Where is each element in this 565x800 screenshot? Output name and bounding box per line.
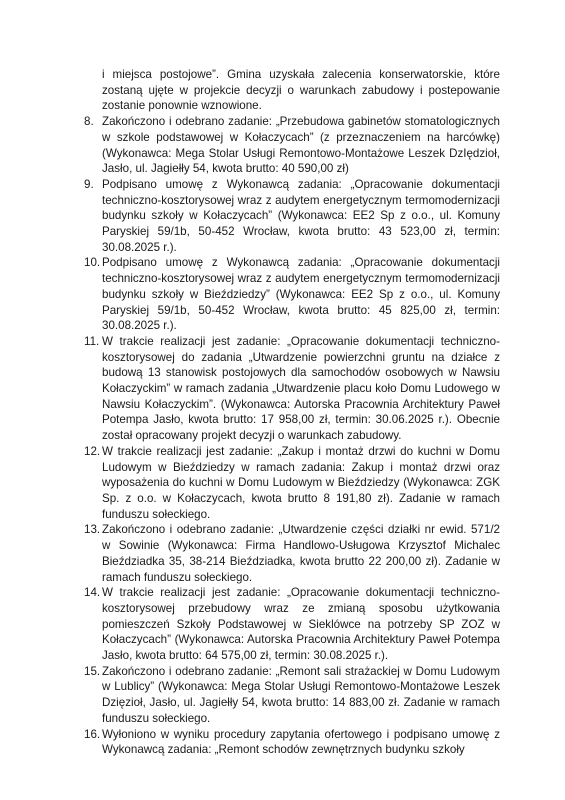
continuation-paragraph: i miejsca postojowe”. Gmina uzyskała zal… [84,67,500,114]
item-number: 16. [84,727,102,743]
list-item-14: 14. W trakcie realizacji jest zadanie: „… [84,585,500,664]
list-item-9: 9. Podpisano umowę z Wykonawcą zadania: … [84,177,500,256]
item-text: W trakcie realizacji jest zadanie: „Zaku… [102,444,500,523]
item-number: 14. [84,585,102,601]
list-item-11: 11. W trakcie realizacji jest zadanie: „… [84,334,500,444]
item-text: W trakcie realizacji jest zadanie: „Opra… [102,585,500,664]
document-page: i miejsca postojowe”. Gmina uzyskała zal… [84,67,500,758]
item-text: Zakończono i odebrano zadanie: „Utwardze… [102,522,500,585]
item-number: 11. [84,334,102,350]
item-text: W trakcie realizacji jest zadanie: „Opra… [102,334,500,444]
list-item-16: 16. Wyłoniono w wyniku procedury zapytan… [84,727,500,758]
list-item-13: 13. Zakończono i odebrano zadanie: „Utwa… [84,522,500,585]
list-item-15: 15. Zakończono i odebrano zadanie: „Remo… [84,664,500,727]
item-number: 10. [84,255,102,271]
item-text: Podpisano umowę z Wykonawcą zadania: „Op… [102,177,500,256]
item-number: 13. [84,522,102,538]
item-number: 8. [84,114,102,130]
item-number: 9. [84,177,102,193]
list-item-8: 8. Zakończono i odebrano zadanie: „Przeb… [84,114,500,177]
list-item-12: 12. W trakcie realizacji jest zadanie: „… [84,444,500,523]
item-number: 12. [84,444,102,460]
item-text: Zakończono i odebrano zadanie: „Przebudo… [102,114,500,177]
item-number: 15. [84,664,102,680]
item-text: Podpisano umowę z Wykonawcą zadania: „Op… [102,255,500,334]
item-text: Zakończono i odebrano zadanie: „Remont s… [102,664,500,727]
item-text: Wyłoniono w wyniku procedury zapytania o… [102,727,500,758]
list-item-10: 10. Podpisano umowę z Wykonawcą zadania:… [84,255,500,334]
